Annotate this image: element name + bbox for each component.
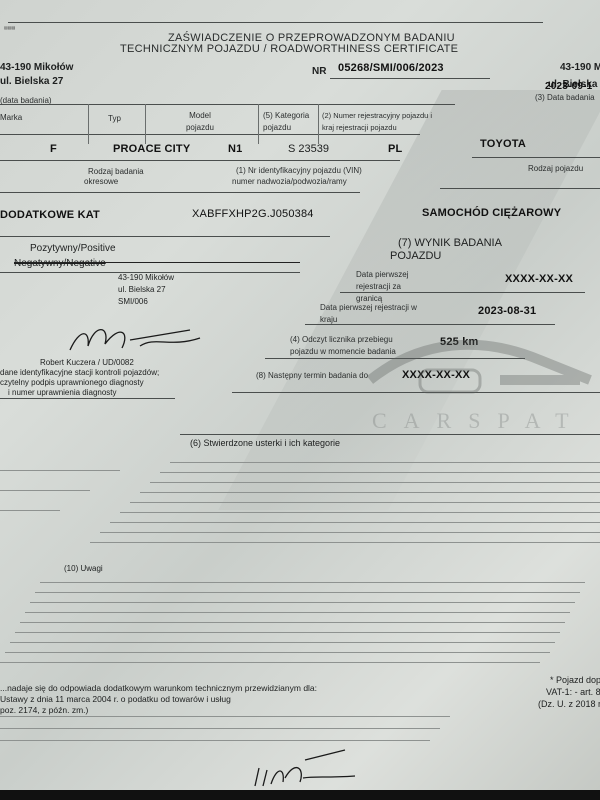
defects-line <box>170 462 600 463</box>
value-vin: XABFFXHP2G.J050384 <box>192 208 314 220</box>
right-date-caption: (3) Data badania <box>535 93 595 102</box>
remarks-line <box>20 622 565 623</box>
value-make: TOYOTA <box>480 138 526 150</box>
header-reg-number: (2) Numer rejestracyjny pojazdu i kraj r… <box>322 110 442 134</box>
header-make: Marka <box>0 113 22 122</box>
footer-line-1: ...nadaje się do odpowiada dodatkowym wa… <box>0 683 317 693</box>
value-vehicle-kind: SAMOCHÓD CIĘŻAROWY <box>422 207 561 219</box>
station-address-2: ul. Bielska 27 <box>0 76 63 87</box>
col-divider <box>88 104 89 144</box>
first-reg-country-line <box>305 324 555 325</box>
footer-line-3: poz. 2174, z późn. zm.) <box>0 705 88 715</box>
second-signature <box>245 748 365 790</box>
remarks-line <box>5 652 550 653</box>
defects-line <box>160 472 600 473</box>
value-inspection-kind: DODATKOWE KAT <box>0 209 100 221</box>
label-inspection-kind: Rodzaj badania <box>88 167 144 176</box>
diagnostician-caption-1: dane identyfikacyjne stacji kontroli poj… <box>0 368 159 377</box>
label-vin-sub: numer nadwozia/podwozia/ramy <box>232 177 347 186</box>
defects-line <box>140 492 600 493</box>
diagnostician-caption-3: i numer uprawnienia diagnosty <box>8 388 117 397</box>
cert-number-value: 05268/SMI/006/2023 <box>338 62 444 74</box>
table-header-line <box>0 134 420 135</box>
inspection-header-line <box>0 192 360 193</box>
cert-number-underline <box>330 78 490 79</box>
remarks-line <box>40 582 585 583</box>
left-line <box>0 490 90 491</box>
station-address-1: 43-190 Mikołów <box>0 62 73 73</box>
defects-line <box>110 522 600 523</box>
label-first-reg-country: Data pierwszej rejestracji w kraju <box>320 302 432 326</box>
table-row-line <box>0 160 400 161</box>
remarks-line <box>35 592 580 593</box>
stamp-line-3: SMI/006 <box>118 297 148 306</box>
diagnostician-signature <box>60 318 210 358</box>
remarks-line <box>10 642 555 643</box>
diagnostician-name: Robert Kuczera / UD/0082 <box>40 358 134 367</box>
result-heading-2: POJAZDU <box>390 250 441 262</box>
value-reg-number: S 23539 <box>288 143 329 155</box>
label-vin: (1) Nr identyfikacyjny pojazdu (VIN) <box>236 166 362 175</box>
footer-right-1: * Pojazd dopu <box>550 675 600 685</box>
value-model: PROACE CITY <box>113 143 190 155</box>
right-station: 43-190 Mikołów <box>560 62 600 73</box>
defects-line <box>100 532 600 533</box>
result-top-line <box>0 236 330 237</box>
defects-line <box>90 542 600 543</box>
first-reg-abroad-line <box>340 292 585 293</box>
remarks-line <box>15 632 560 633</box>
logo-mark: ▤▤▤ <box>4 25 15 30</box>
footer-line <box>0 728 440 729</box>
result-option-negative: Negatywny/Negative <box>14 258 106 269</box>
defects-line <box>130 502 600 503</box>
label-vehicle-kind: Rodzaj pojazdu <box>528 164 583 173</box>
remarks-line <box>30 602 575 603</box>
diagnostician-line <box>0 398 175 399</box>
car-logo-icon <box>360 340 600 410</box>
footer-right-2: VAT-1: - art. 8 <box>546 687 600 697</box>
defects-top-line <box>180 434 600 435</box>
footer-line-2: Ustawy z dnia 11 marca 2004 r. o podatku… <box>0 694 231 704</box>
table-top-line <box>0 104 455 105</box>
footer-line <box>0 716 450 717</box>
header-type: Typ <box>108 114 121 123</box>
left-line <box>0 470 120 471</box>
result-heading-1: (7) WYNIK BADANIA <box>398 237 502 249</box>
diagnostician-caption-2: czytelny podpis uprawnionego diagnosty <box>0 378 144 387</box>
value-first-reg-abroad: XXXX-XX-XX <box>505 273 573 285</box>
doc-title-en: TECHNICZNYM POJAZDU / ROADWORTHINESS CER… <box>120 43 458 55</box>
label-defects: (6) Stwierdzone usterki i ich kategorie <box>190 438 340 448</box>
value-country: PL <box>388 143 402 155</box>
value-category: N1 <box>228 143 242 155</box>
value-first-reg-country: 2023-08-31 <box>478 305 536 317</box>
left-line <box>0 510 60 511</box>
defects-line <box>150 482 600 483</box>
photo-bottom-edge <box>0 790 600 800</box>
label-next-exam: (8) Następny termin badania do <box>256 371 368 380</box>
footer-right-3: (Dz. U. z 2018 r. <box>538 699 600 709</box>
header-category: (5) Kategoria pojazdu <box>263 110 313 134</box>
col-divider <box>258 104 259 144</box>
label-first-reg-abroad: Data pierwszej rejestracji za granicą <box>356 269 426 305</box>
remarks-line <box>0 662 540 663</box>
make-underline <box>472 157 600 158</box>
label-inspection-kind-sub: okresowe <box>84 177 118 186</box>
remarks-line <box>25 612 570 613</box>
header-frame-line <box>8 22 543 23</box>
result-option-positive: Pozytywny/Positive <box>30 243 116 254</box>
label-remarks: (10) Uwagi <box>64 564 103 573</box>
col-divider <box>145 104 146 144</box>
vehicle-kind-line <box>440 188 600 189</box>
watermark-text: CARSPAT <box>372 408 586 434</box>
stamp-line-2: ul. Bielska 27 <box>118 285 166 294</box>
footer-line <box>0 740 430 741</box>
stamp-line-1: 43-190 Mikołów <box>118 273 174 282</box>
right-date: 2023-09-1 <box>545 81 592 92</box>
col-divider <box>318 104 319 144</box>
strike-line <box>14 262 300 263</box>
cert-number-label: NR <box>312 66 326 77</box>
value-type: F <box>50 143 57 155</box>
defects-line <box>120 512 600 513</box>
header-model: Model pojazdu <box>175 110 225 134</box>
